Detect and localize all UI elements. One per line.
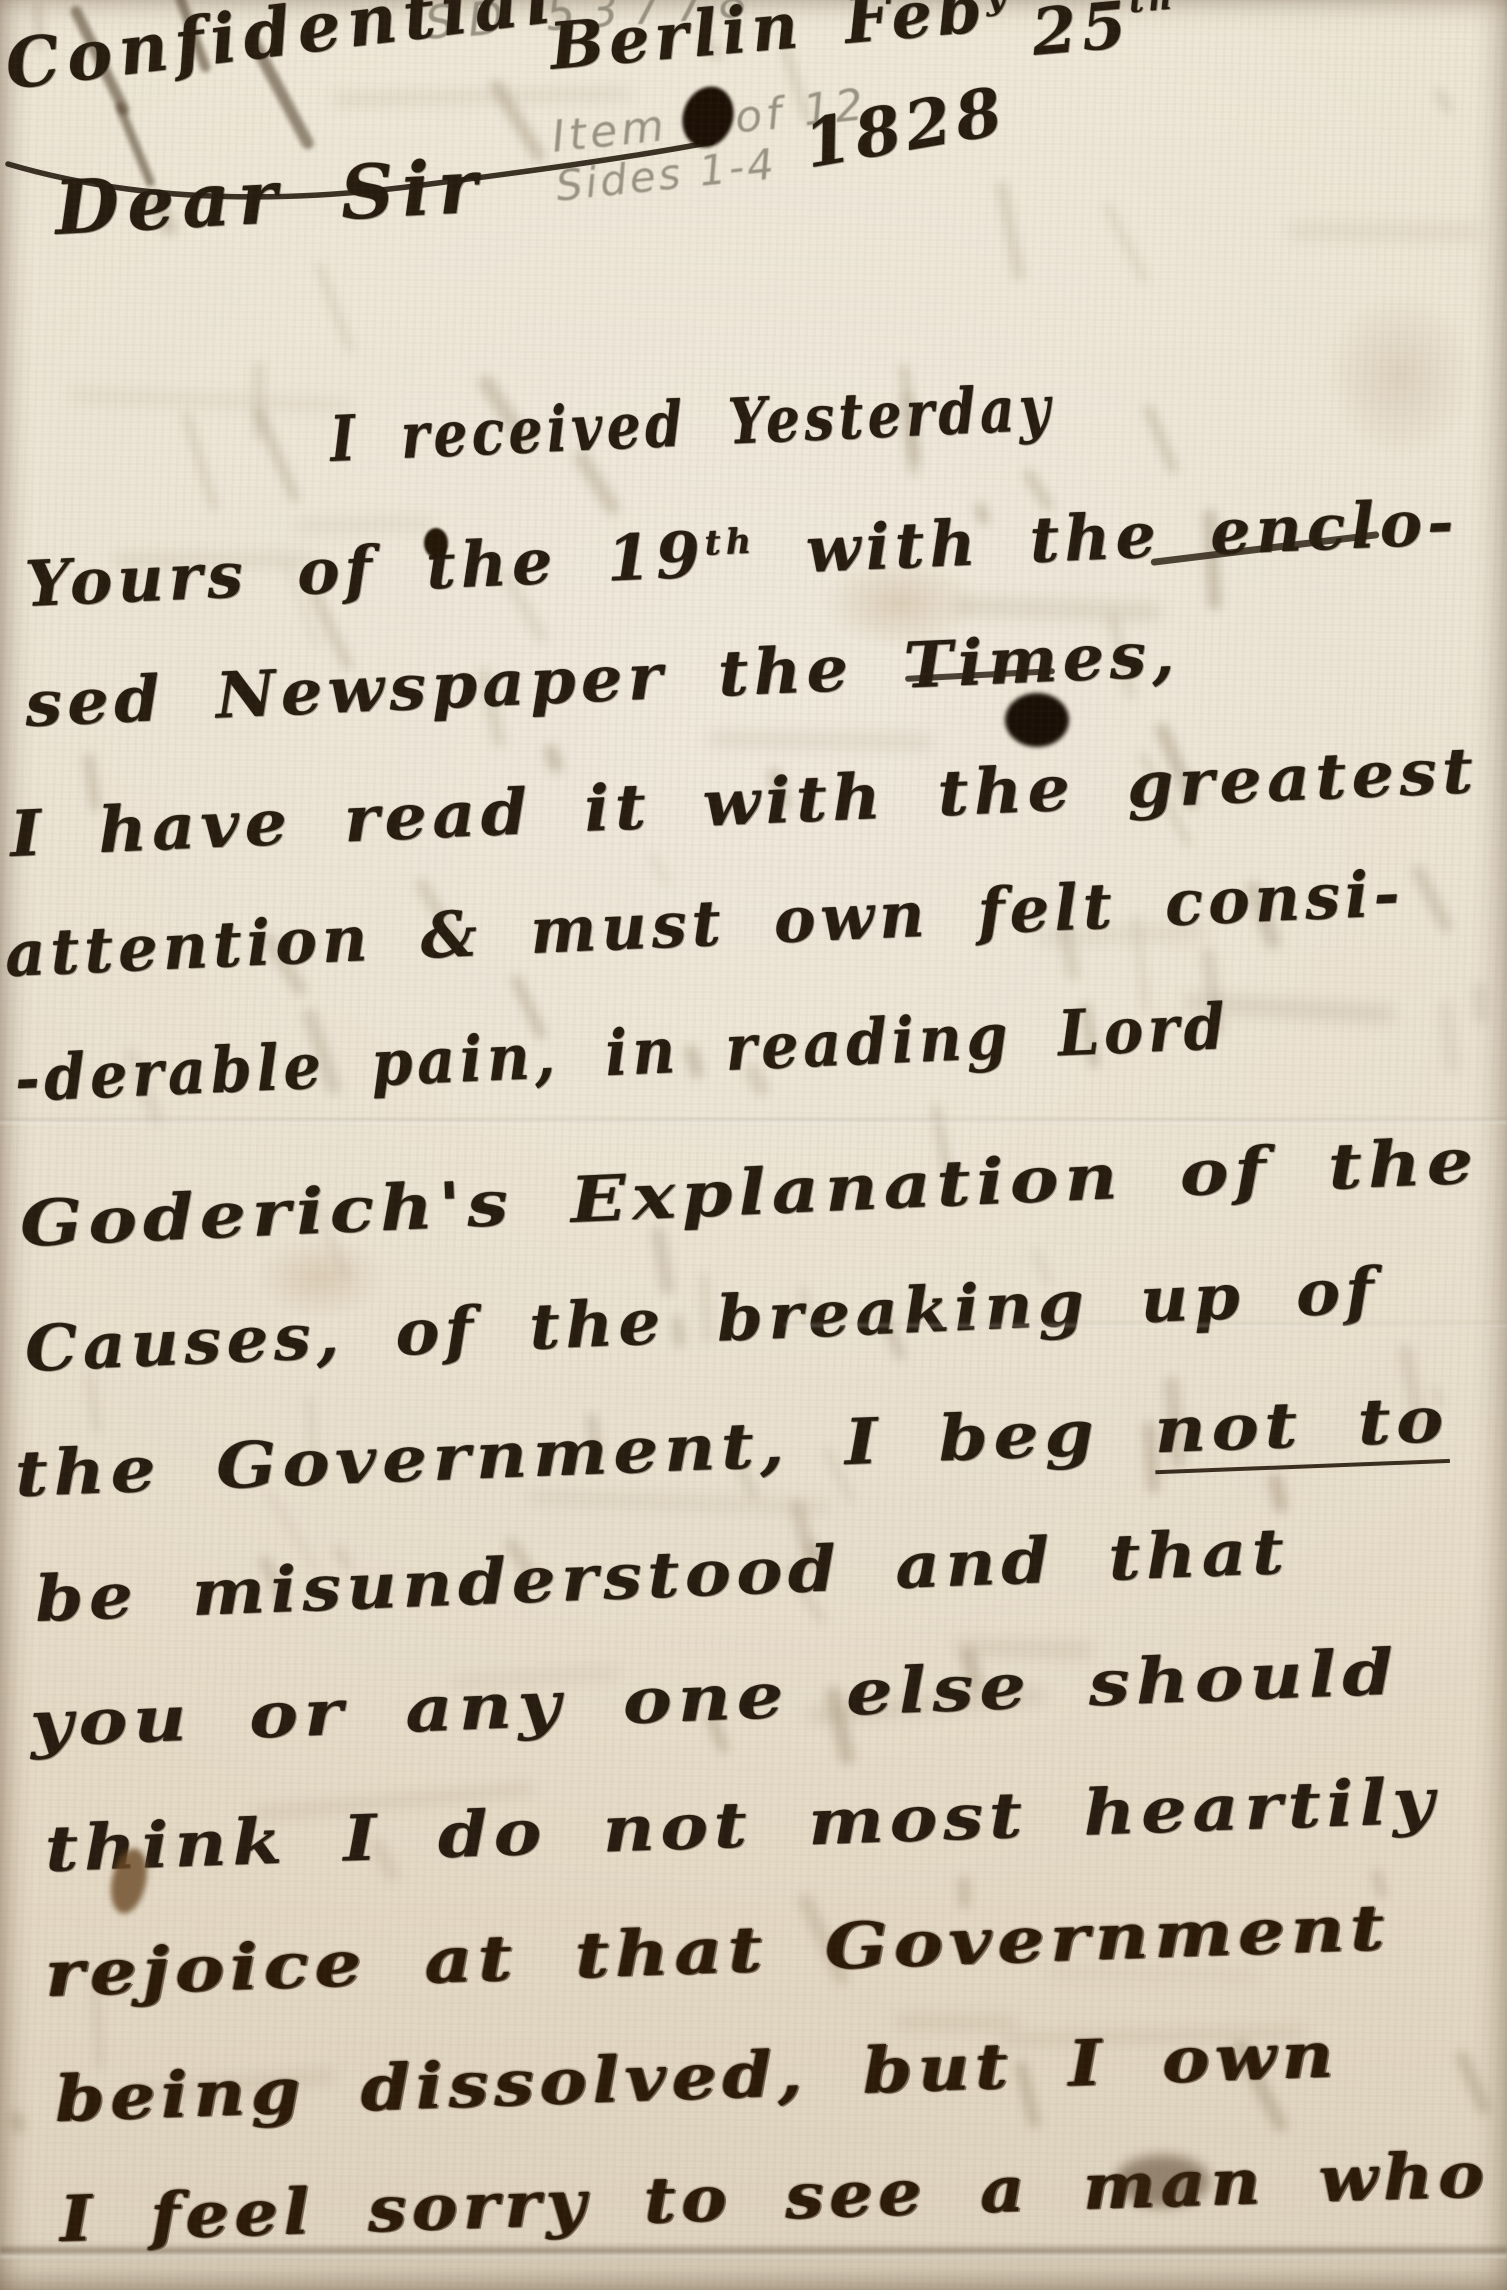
letter-text-segment: I have read it with the greatest — [8, 733, 1479, 871]
letter-line: Goderich's Explanation of the — [19, 1129, 1481, 1256]
letter-body: I received YesterdayYours of the 19th wi… — [0, 0, 1507, 2290]
letter-line: you or any one else should — [29, 1640, 1401, 1756]
letter-text-segment: th — [704, 521, 757, 564]
letter-line: I received Yesterday — [329, 376, 1056, 471]
letter-line: I have read it with the greatest — [9, 739, 1480, 866]
underlined-text: not to — [1153, 1382, 1451, 1474]
letter-text-segment: I feel sorry to see a man who — [59, 2137, 1490, 2256]
letter-text-segment: you or any one else should — [29, 1634, 1401, 1761]
letter-text-segment: the Government, I beg — [14, 1393, 1156, 1511]
letter-line: Causes, of the breaking up of — [24, 1259, 1381, 1381]
letter-text-segment: I received Yesterday — [328, 370, 1055, 476]
letter-line: I feel sorry to see a man who — [59, 2143, 1490, 2251]
letter-text-segment: being dissolved, but I own — [54, 2017, 1340, 2136]
letter-text-segment: sed Newspaper the Times, — [23, 617, 1180, 741]
letter-page: SD 53778 Item 5 of 12 Sides 1-4 Confiden… — [0, 0, 1507, 2290]
letter-line: the Government, I beg not to — [14, 1388, 1450, 1506]
letter-text-segment: Yours of the 19 — [23, 517, 706, 621]
letter-text-segment: Goderich's Explanation of the — [18, 1123, 1480, 1261]
letter-text-segment: with the enclo- — [755, 484, 1460, 589]
letter-line: attention & must own felt consi- — [4, 862, 1406, 986]
letter-line: rejoice at that Government — [44, 1896, 1391, 2006]
letter-line: think I do not most heartily — [44, 1769, 1441, 1881]
letter-line: being dissolved, but I own — [54, 2023, 1340, 2131]
letter-text-segment: -derable pain, in reading Lord — [13, 989, 1230, 1116]
letter-line: Yours of the 19th with the enclo- — [24, 490, 1460, 616]
letter-text-segment: rejoice at that Government — [44, 1890, 1391, 2011]
letter-text-segment: be misunderstood and that — [34, 1514, 1291, 1636]
letter-text-segment: Causes, of the breaking up of — [23, 1253, 1380, 1386]
letter-line: -derable pain, in reading Lord — [14, 995, 1231, 1111]
letter-line: sed Newspaper the Times, — [24, 623, 1181, 736]
letter-text-segment: think I do not most heartily — [44, 1763, 1441, 1886]
letter-text-segment: attention & must own felt consi- — [3, 856, 1406, 991]
letter-line: be misunderstood and that — [34, 1520, 1291, 1631]
